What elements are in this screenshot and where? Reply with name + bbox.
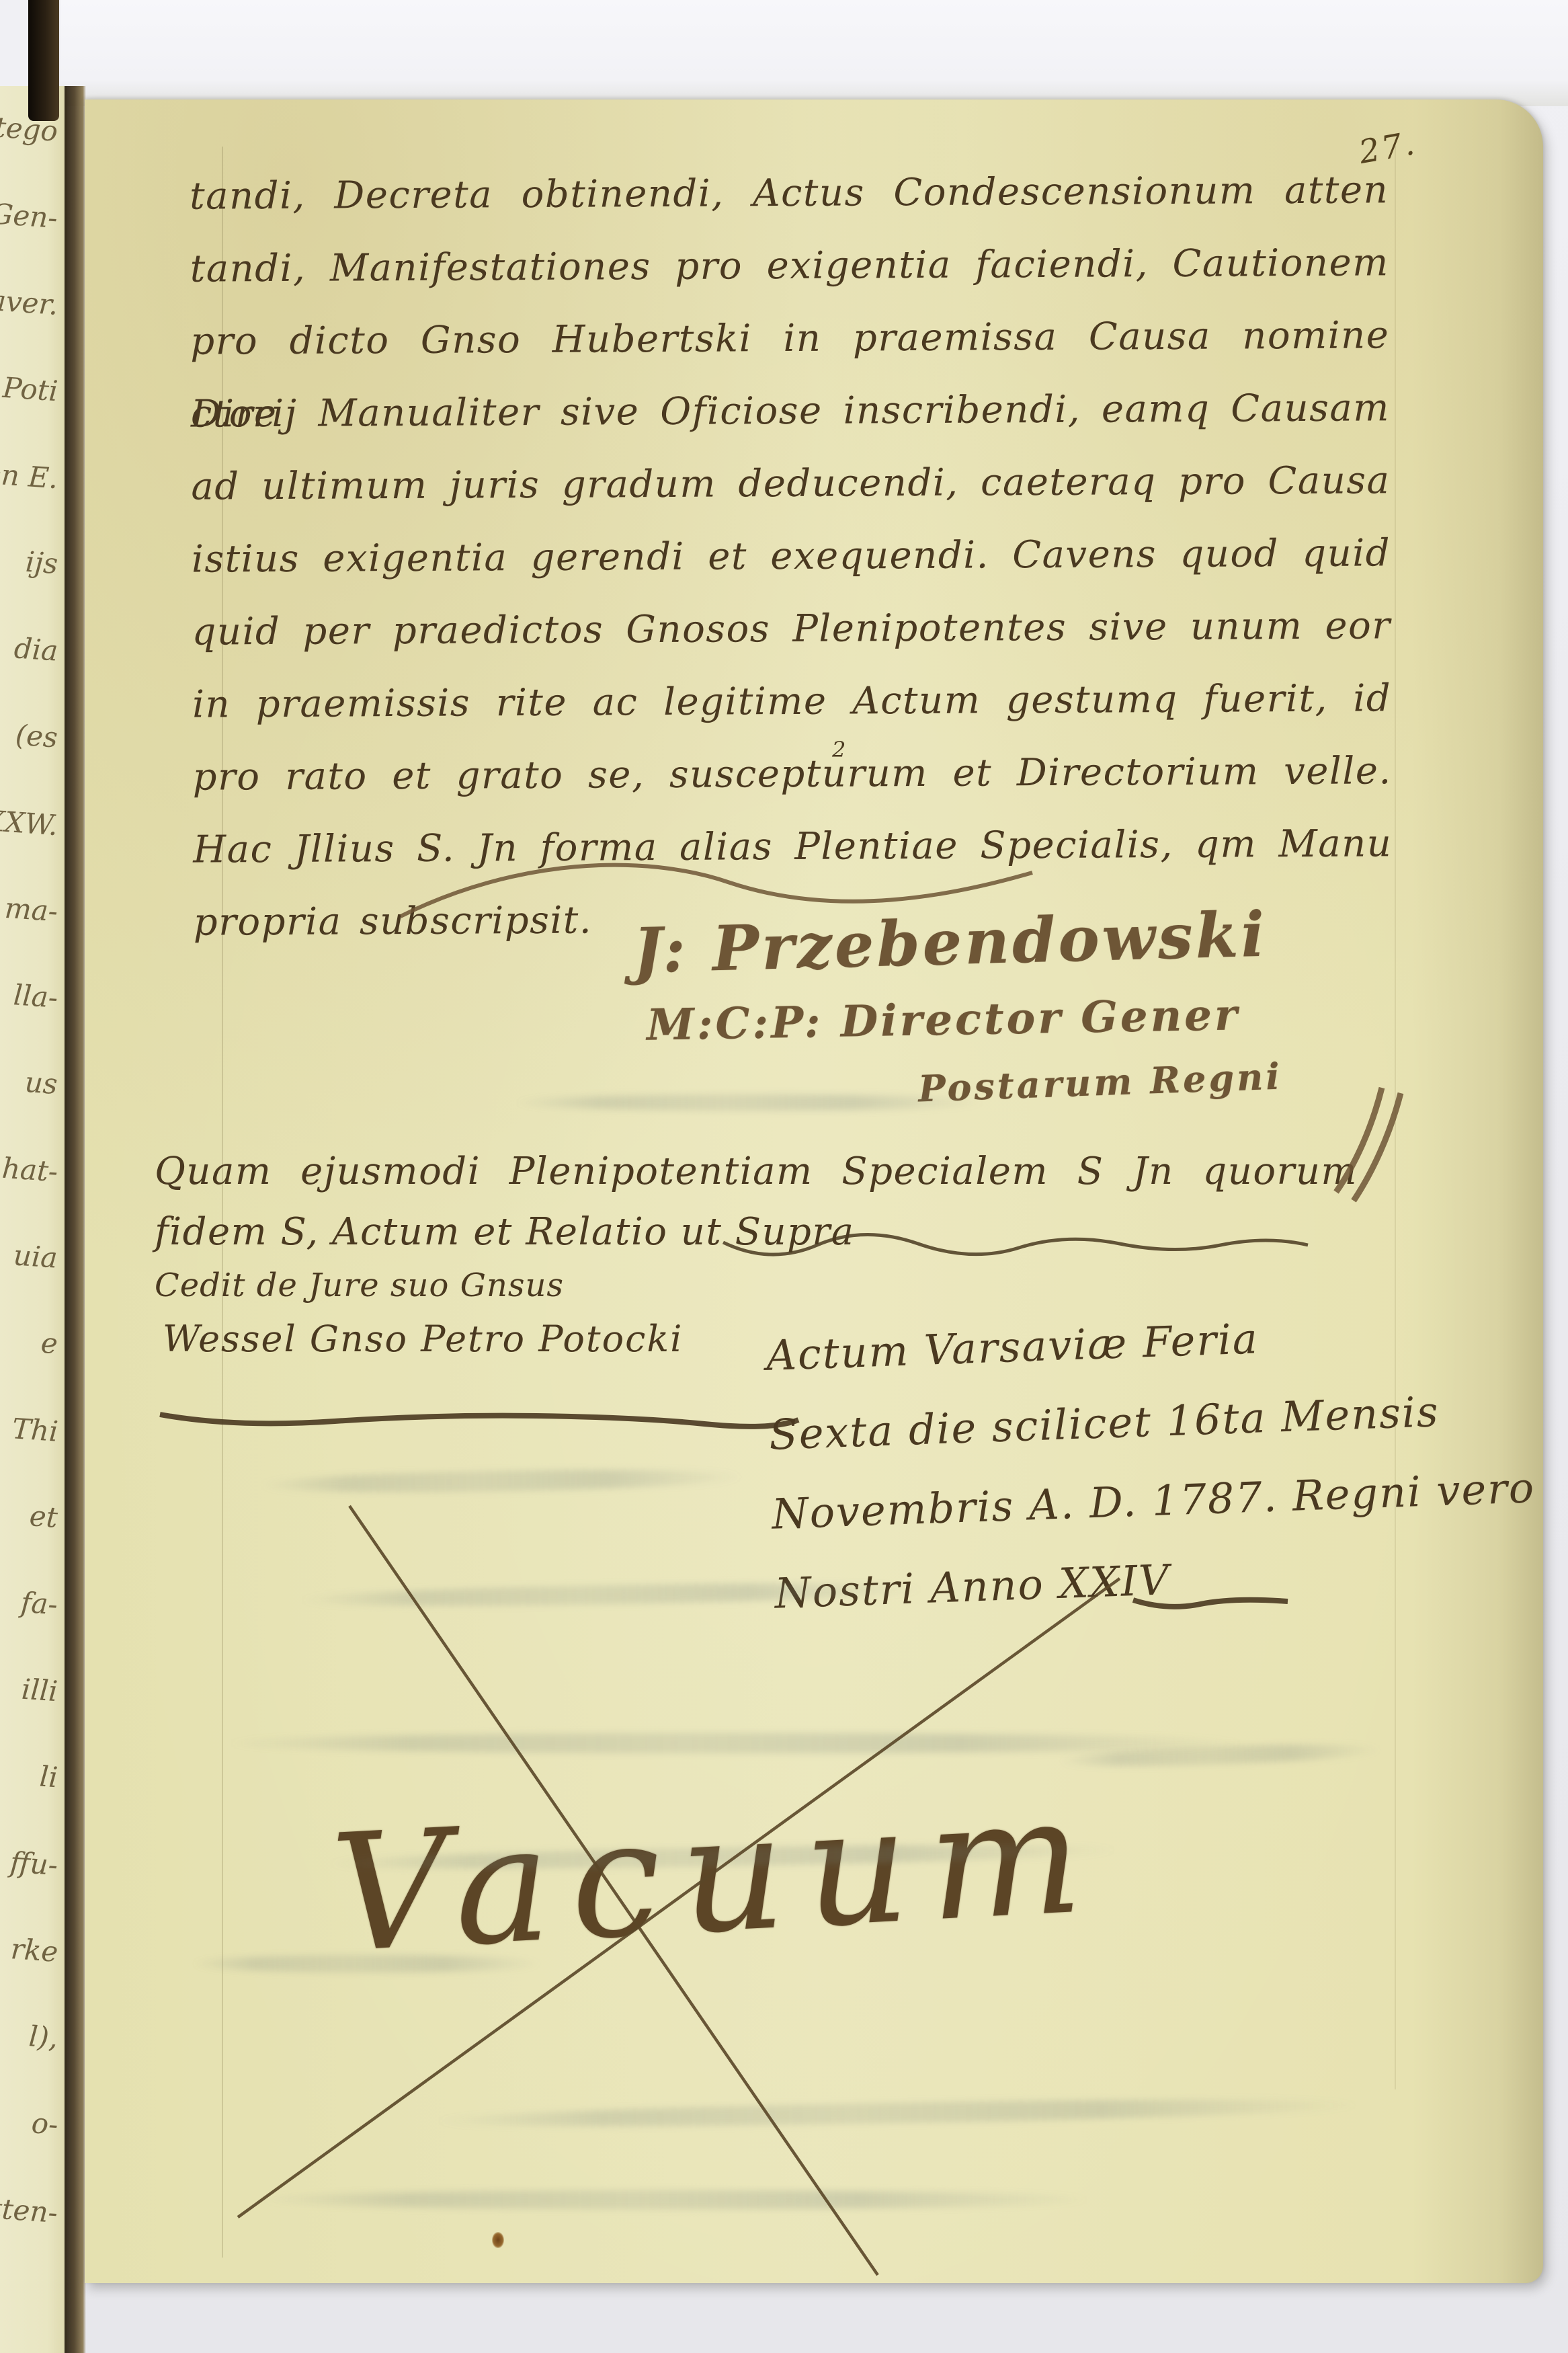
left-page-fragment: ijs <box>24 545 67 581</box>
margin-note-line: Cedit de Jure suo Gnsus <box>155 1267 564 1304</box>
left-page-fragment: ma- <box>3 891 67 928</box>
bleed-through-text <box>259 2190 1093 2209</box>
previous-page-edge: tego Gen- aver. Poti en E. ijs dia (es X… <box>0 86 67 2353</box>
manuscript-line: pro rato et grato se, suscepturum et Dir… <box>192 735 1392 813</box>
signature-office: Postarum Regni <box>917 1055 1283 1111</box>
left-page-fragment: l), <box>28 2020 67 2055</box>
manuscript-line: tandi, Decreta obtinendi, Actus Condesce… <box>190 154 1389 233</box>
left-page-fragment: o- <box>30 2106 67 2142</box>
date-block: Actum Varsaviæ Feria Sexta die scilicet … <box>765 1289 1539 1633</box>
manuscript-line: ad ultimum juris gradum deducendi, caete… <box>191 444 1391 523</box>
left-page-fragment: Thi <box>11 1412 67 1449</box>
margin-note-line: Wessel Gnso Petro Potocki <box>163 1318 683 1360</box>
left-page-fragment: dia <box>13 631 67 668</box>
left-page-fragment: XXW. <box>0 804 67 842</box>
bleed-through-text <box>259 1467 743 1496</box>
left-page-fragment: rke <box>9 1932 67 1969</box>
left-page-fragment: tten- <box>0 2192 67 2230</box>
manuscript-page: 27. tandi, Decreta obtinendi, Actus Cond… <box>85 99 1543 2283</box>
left-page-fragment: aver. <box>0 284 67 322</box>
ink-stain <box>492 2232 504 2248</box>
left-page-fragment: e <box>40 1326 67 1361</box>
left-page-fragment: (es <box>15 718 67 754</box>
bleed-through-text <box>1059 1741 1383 1770</box>
left-page-fragment: en E. <box>0 457 67 495</box>
bleed-through-text <box>226 1733 1247 1753</box>
closing-line: Quam ejusmodi Plenipotentiam Specialem S… <box>155 1150 1358 1193</box>
bleed-through-text <box>434 2095 1362 2131</box>
left-page-fragment: uia <box>13 1238 67 1275</box>
margin-note-underline-stroke <box>160 1414 798 1427</box>
scanned-manuscript-screenshot: tego Gen- aver. Poti en E. ijs dia (es X… <box>0 0 1568 2353</box>
vacuum-cancellation-word: Vacuum <box>327 1760 1106 1989</box>
left-page-fragment: illi <box>21 1673 67 1709</box>
manuscript-line: in praemissis rite ac legitime Actum ges… <box>192 662 1392 741</box>
left-page-fragment: fa- <box>20 1586 67 1622</box>
manuscript-line: tandi, Manifestationes pro exigentia fac… <box>190 227 1389 305</box>
main-paragraph: tandi, Decreta obtinendi, Actus Condesce… <box>190 154 1393 959</box>
left-page-fragment: Poti <box>1 371 67 409</box>
binding-clamp <box>28 0 59 121</box>
left-page-fragment: Gen- <box>0 197 67 235</box>
signature-title: M:C:P: Director Gener <box>646 990 1240 1050</box>
manuscript-line: quid per praedictos Gnosos Plenipotentes… <box>192 590 1391 668</box>
manuscript-line: Hac Jllius S. Jn forma alias Plentiae Sp… <box>193 807 1393 886</box>
left-page-fragment: et <box>29 1499 67 1535</box>
manuscript-line: istius exigentia gerendi et exequendi. C… <box>192 517 1391 596</box>
manuscript-line: ctorij Manualiter sive Oficiose inscribe… <box>191 372 1391 450</box>
right-margin-rule <box>1395 140 1396 2089</box>
bleed-through-text <box>515 1094 985 1111</box>
left-page-fragment: hat- <box>1 1152 67 1189</box>
left-page-fragment: us <box>24 1066 67 1101</box>
backing-sheet <box>60 0 1568 106</box>
binding-gutter-shadow <box>65 86 86 2353</box>
left-page-fragment: lla- <box>12 978 67 1014</box>
superscript-insertion-mark: 2 <box>832 737 845 762</box>
closing-line: fidem S, Actum et Relatio ut Supra <box>155 1210 855 1254</box>
manuscript-line: pro dicto Gnso Hubertski in praemissa Ca… <box>190 299 1390 378</box>
left-page-fragment: ffu- <box>9 1845 67 1882</box>
left-page-fragment: li <box>38 1760 67 1795</box>
